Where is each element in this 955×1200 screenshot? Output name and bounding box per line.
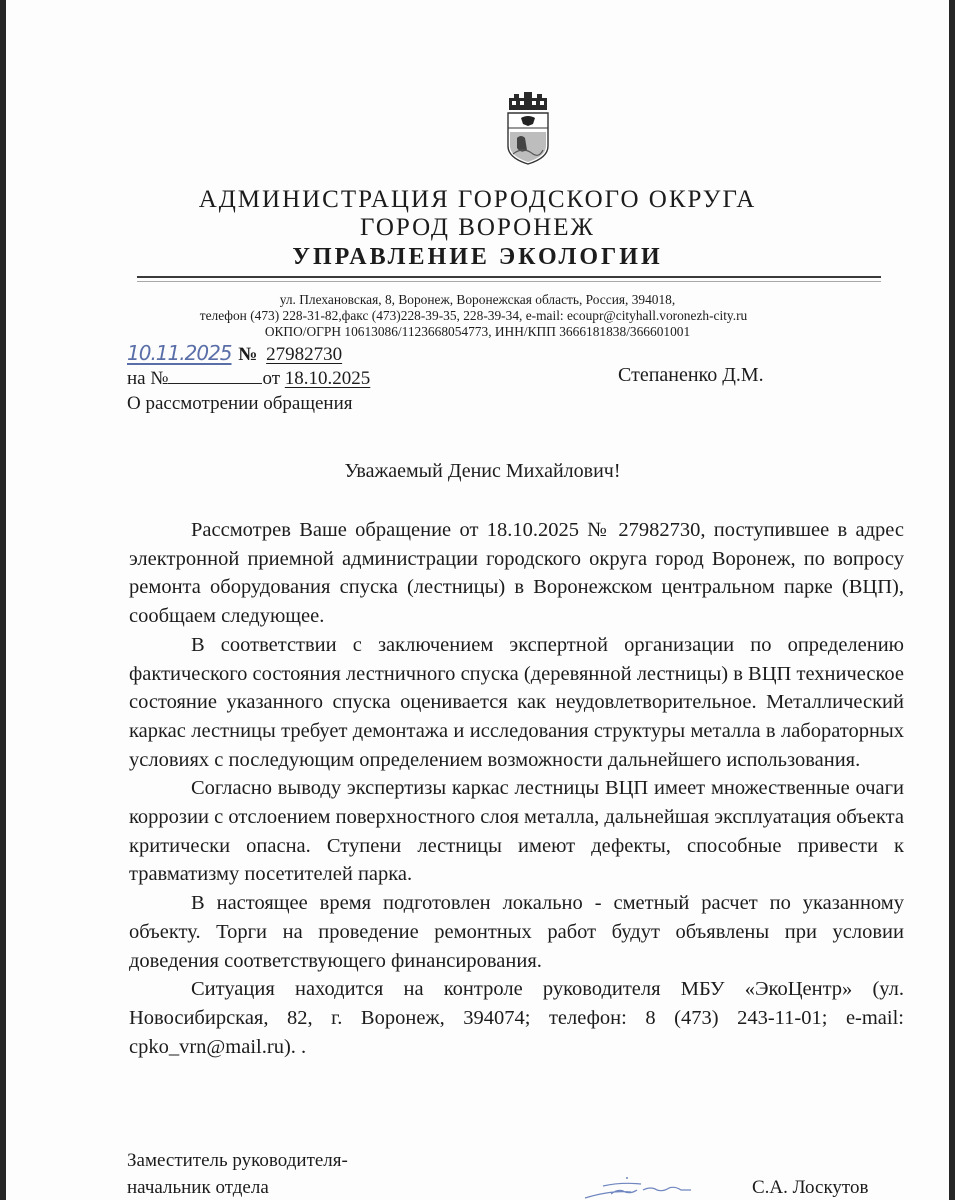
- handwritten-date: 10.11.2025: [127, 341, 232, 365]
- paragraph-4: В настоящее время подготовлен локально -…: [129, 889, 904, 975]
- signatory-position-line1: Заместитель руководителя-: [127, 1150, 348, 1172]
- paragraph-2: В соответствии с заключением экспертной …: [129, 631, 904, 775]
- signatory-name: С.А. Лоскутов: [752, 1177, 868, 1199]
- department-name: УПРАВЛЕНИЕ ЭКОЛОГИИ: [6, 244, 949, 271]
- signatory-position-line2: начальник отдела: [127, 1177, 269, 1199]
- paragraph-1: Рассмотрев Ваше обращение от 18.10.2025 …: [129, 516, 904, 631]
- reference-row: на №от 18.10.2025: [127, 367, 370, 390]
- reference-blank: [168, 367, 262, 384]
- paragraph-5: Ситуация находится на контроле руководит…: [129, 975, 904, 1061]
- header-divider-thin: [137, 281, 881, 282]
- paragraph-3: Согласно выводу экспертизы каркас лестни…: [129, 774, 904, 889]
- org-contacts: телефон (473) 228-31-82,факс (473)228-39…: [2, 308, 945, 324]
- greeting: Уважаемый Денис Михайлович!: [6, 460, 949, 483]
- from-label: от: [262, 368, 280, 389]
- registration-row: 10.11.2025 № 27982730: [127, 341, 342, 366]
- org-name-line2: ГОРОД ВОРОНЕЖ: [6, 214, 949, 242]
- number-label: №: [238, 344, 257, 365]
- org-name-line1: АДМИНИСТРАЦИЯ ГОРОДСКОГО ОКРУГА: [6, 186, 949, 214]
- header-divider-thick: [137, 276, 881, 278]
- subject-line: О рассмотрении обращения: [127, 393, 353, 415]
- letter-body: Рассмотрев Ваше обращение от 18.10.2025 …: [129, 516, 904, 1061]
- recipient-name: Степаненко Д.М.: [618, 364, 764, 387]
- coat-of-arms-icon: [503, 88, 553, 166]
- org-address: ул. Плехановская, 8, Воронеж, Воронежска…: [6, 292, 949, 308]
- reference-label: на №: [127, 368, 168, 389]
- document-number: 27982730: [266, 344, 342, 365]
- org-codes: ОКПО/ОГРН 10613086/1123668054773, ИНН/КП…: [6, 324, 949, 340]
- reference-date: 18.10.2025: [285, 368, 371, 389]
- signature-scribble-icon: [581, 1172, 701, 1200]
- letter-page: АДМИНИСТРАЦИЯ ГОРОДСКОГО ОКРУГА ГОРОД ВО…: [6, 0, 949, 1200]
